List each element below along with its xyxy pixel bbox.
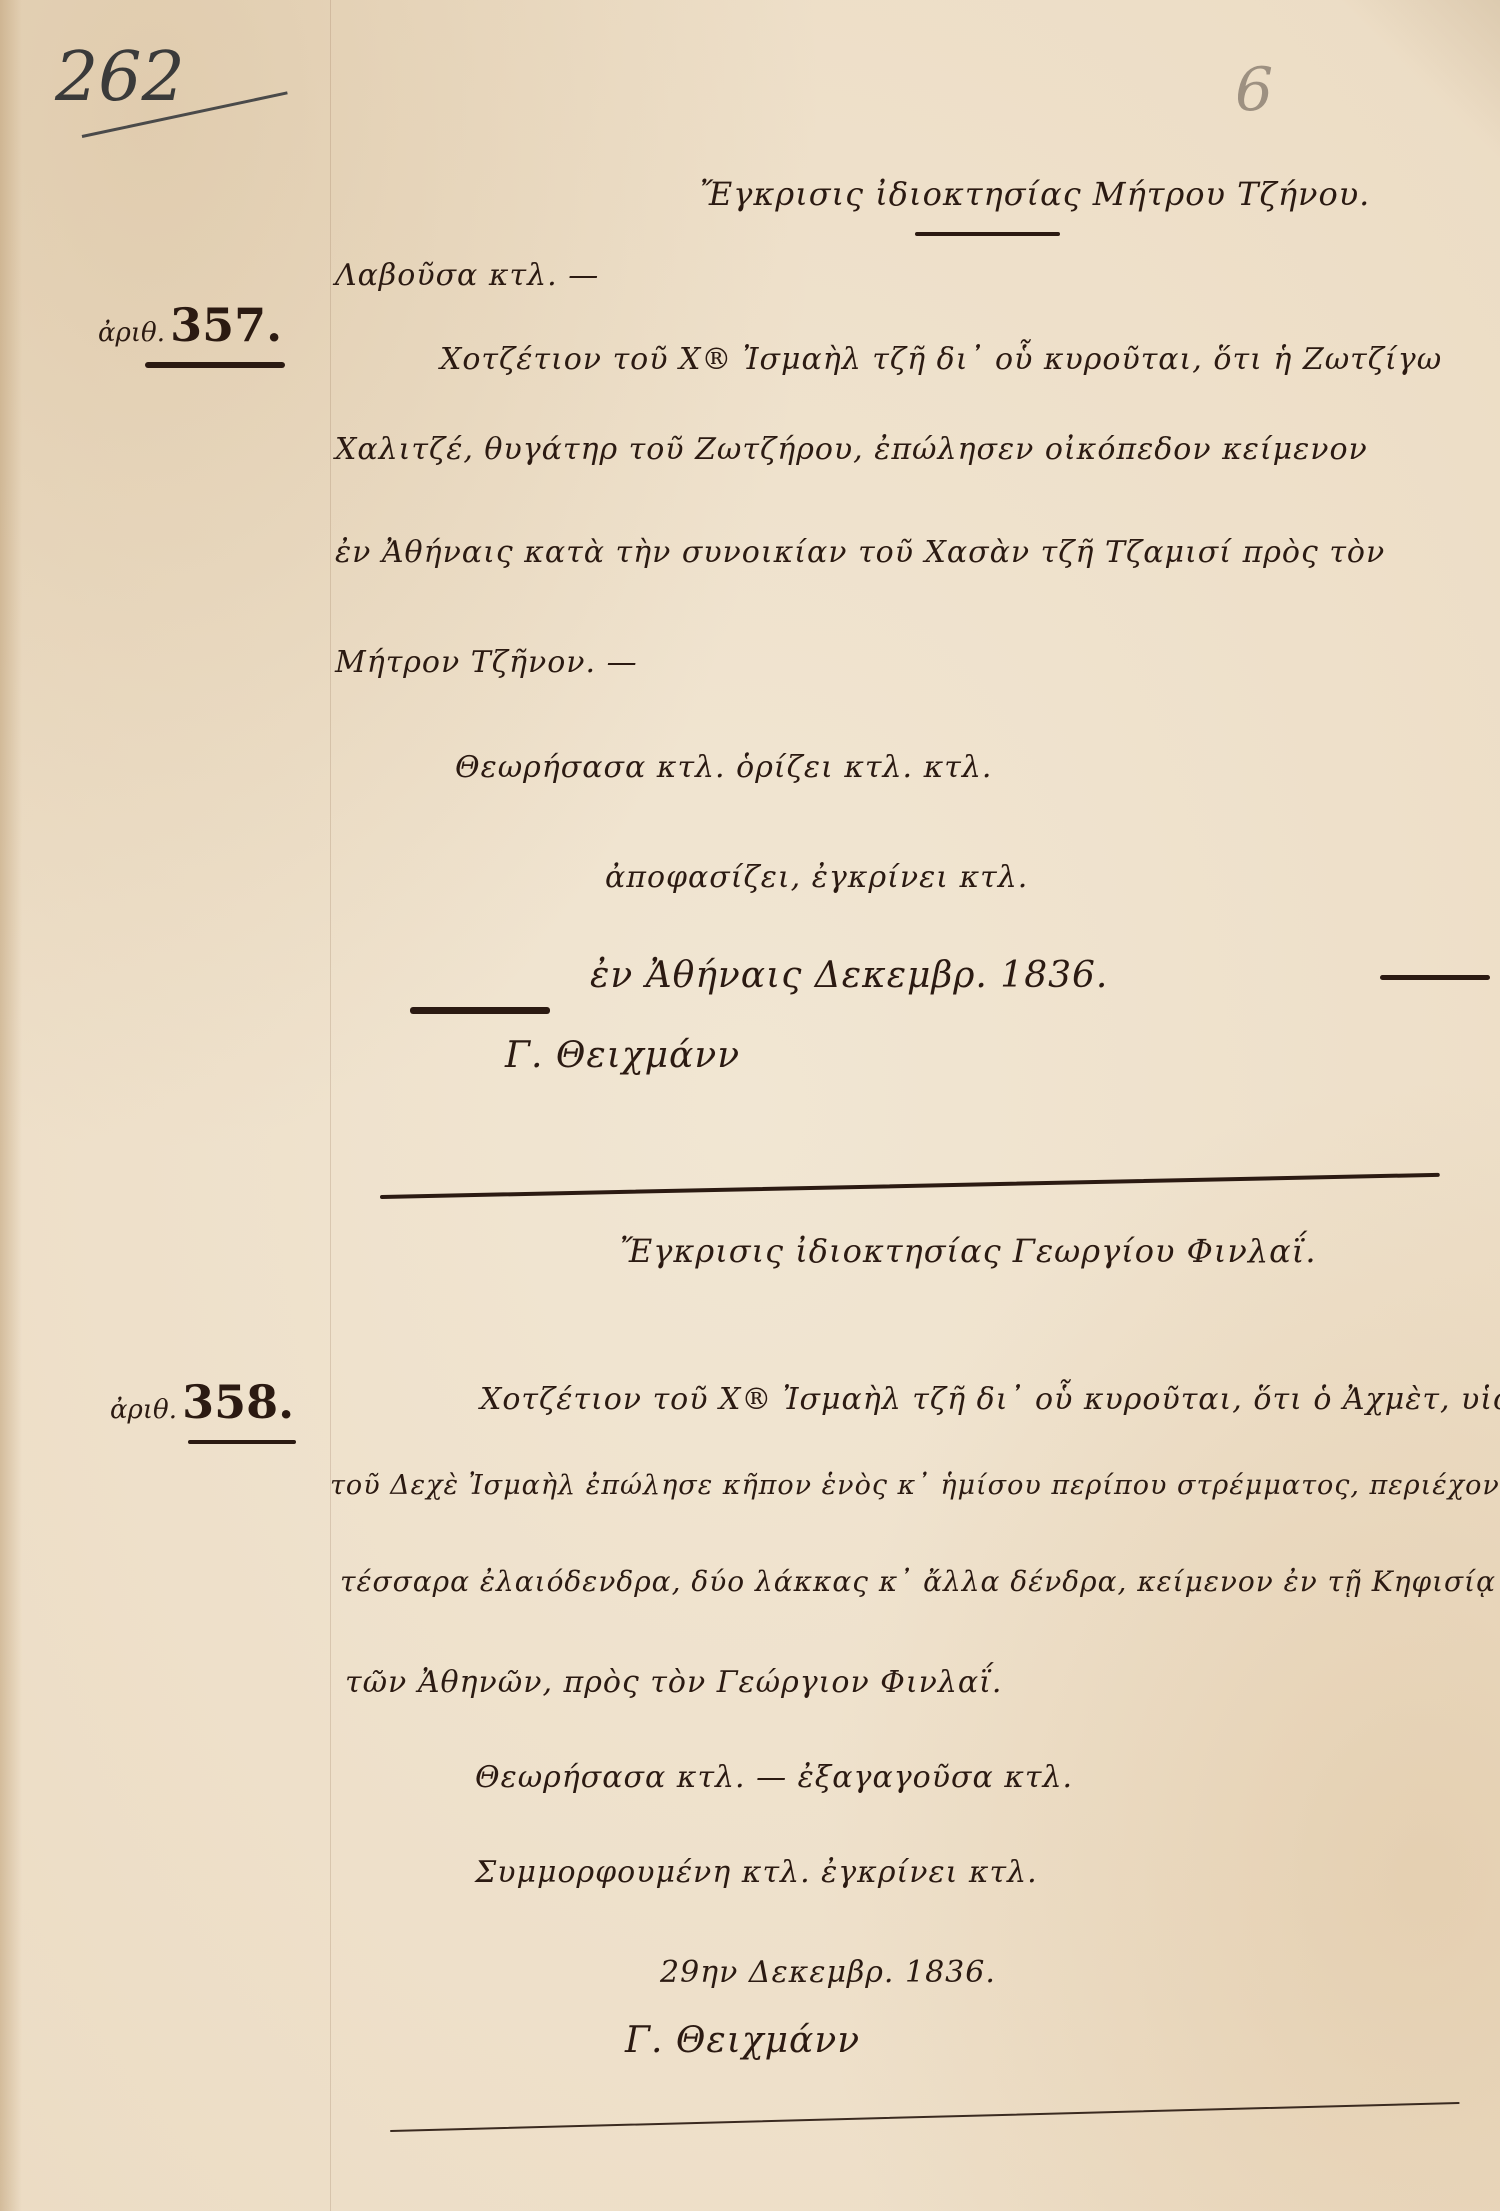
entry-357-line-1: Χοτζέτιον τοῦ Χ® Ἰσμαὴλ τζῆ δι᾽ οὗ κυροῦ…: [440, 342, 1442, 377]
entry-357-title: Ἔγκρισις ἰδιοκτησίας Μήτρου Τζήνου.: [700, 175, 1370, 213]
entry-357-signature: Γ. Θειχμάνν: [505, 1035, 740, 1076]
entry-357-line-3: ἐν Ἀθήναις κατὰ τὴν συνοικίαν τοῦ Χασὰν …: [335, 535, 1385, 570]
margin-rule: [330, 0, 331, 2211]
entry-357-number: ἀριθ. 357.: [98, 298, 282, 352]
entry-358-line-3: τέσσαρα ἐλαιόδενδρα, δύο λάκκας κ᾽ ἄλλα …: [340, 1565, 1496, 1598]
entry-358-line-1: Χοτζέτιον τοῦ Χ® Ἰσμαὴλ τζῆ δι᾽ οὗ κυροῦ…: [480, 1382, 1500, 1417]
entry-number-underline: [145, 362, 285, 368]
entry-separator: [380, 1173, 1440, 1199]
dash-right: [1380, 975, 1490, 980]
entry-number-value: 358: [182, 1375, 278, 1429]
entry-357-closing-1: Θεωρήσασα κτλ. ὁρίζει κτλ. κτλ.: [455, 750, 992, 785]
entry-357-closing-2: ἀποφασίζει, ἐγκρίνει κτλ.: [605, 860, 1028, 895]
entry-358-closing-1: Θεωρήσασα κτλ. — ἐξαγαγοῦσα κτλ.: [475, 1760, 1073, 1795]
folio-number: 262: [55, 38, 185, 117]
title-underline: [915, 232, 1060, 236]
entry-358-line-4: τῶν Ἀθηνῶν, πρὸς τὸν Γεώργιον Φινλαΐ.: [345, 1665, 1002, 1700]
entry-358-line-2: τοῦ Δεχὲ Ἰσμαὴλ ἐπώλησε κῆπον ἑνὸς κ᾽ ἡμ…: [330, 1470, 1500, 1501]
entry-358-number: ἀριθ. 358.: [110, 1375, 294, 1429]
entry-358-closing-2: Συμμορφουμένη κτλ. ἐγκρίνει κτλ.: [475, 1855, 1038, 1890]
entry-357-place-date: ἐν Ἀθήναις Δεκεμβρ. 1836.: [590, 955, 1108, 996]
entry-357-line-2: Χαλιτζέ, θυγάτηρ τοῦ Ζωτζήρου, ἐπώλησεν …: [335, 432, 1368, 467]
entry-357-opening: Λαβοῦσα κτλ. —: [335, 258, 599, 293]
entry-number-value: 357: [170, 298, 266, 352]
entry-357-line-4: Μήτρον Τζῆνον. —: [335, 645, 638, 680]
page-end-rule: [390, 2102, 1460, 2132]
entry-number-prefix: ἀριθ.: [110, 1395, 177, 1425]
entry-number-underline: [188, 1440, 296, 1444]
page-corner-fold: [1340, 0, 1500, 160]
pencil-mark: 6: [1235, 55, 1273, 125]
entry-number-prefix: ἀριθ.: [98, 318, 165, 348]
page-edge-shading: [0, 0, 22, 2211]
entry-358-title: Ἔγκρισις ἰδιοκτησίας Γεωργίου Φινλαΐ.: [620, 1232, 1316, 1270]
entry-358-signature: Γ. Θειχμάνν: [625, 2020, 860, 2061]
entry-358-date: 29ην Δεκεμβρ. 1836.: [660, 1955, 996, 1990]
dash-left: [410, 1007, 550, 1014]
